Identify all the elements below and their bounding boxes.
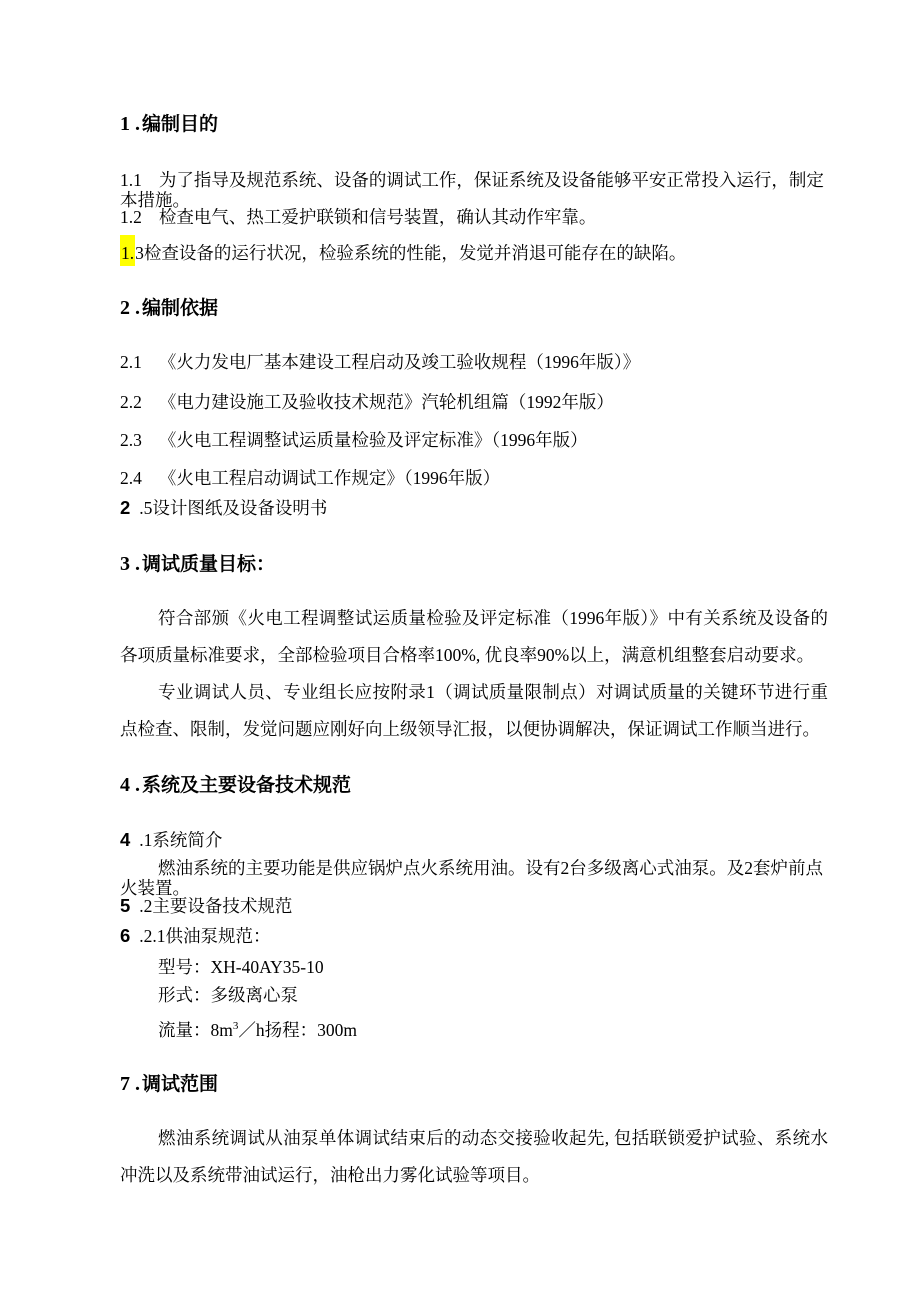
item-number: 2.4	[120, 468, 142, 488]
item-text: 《火电工程调整试运质量检验及评定标准》（1996年版）	[159, 430, 588, 450]
section-2-heading-title: 编制依据	[142, 298, 218, 319]
list-item-2-4: 2.4《火电工程启动调试工作规定》（1996年版）	[120, 468, 828, 488]
paragraph-system-intro: 燃油系统的主要功能是供应锅炉点火系统用油。设有2台多级离心式油泵。及2套炉前点火…	[120, 858, 828, 898]
item-number: 2.1	[120, 352, 142, 372]
section-3-heading: 3 .调试质量目标：	[120, 553, 828, 576]
section-3-heading-number: 3 .	[120, 553, 140, 575]
section-2-heading-number: 2 .	[120, 297, 140, 319]
spec-line-type: 形式：多级离心泵	[158, 985, 828, 1005]
item-number: 2.2	[120, 392, 142, 412]
section-7-heading-number: 7 .	[120, 1073, 140, 1095]
spec-line-flow: 流量：8m3／h扬程：300m	[158, 1020, 828, 1040]
item-text: .1系统简介	[139, 830, 222, 850]
item-text: 《火力发电厂基本建设工程启动及竣工验收规程（1996年版）》	[159, 352, 640, 372]
item-number: 1.1	[120, 170, 142, 190]
list-item-2-5: 2.5设计图纸及设备设明书	[120, 497, 828, 518]
subsection-5-2: 5.2主要设备技术规范	[120, 895, 828, 916]
section-4-heading: 4 .系统及主要设备技术规范	[120, 774, 828, 797]
paragraph-quality-control: 专业调试人员、专业组长应按附录1（调试质量限制点）对调试质量的关键环节进行重点检…	[120, 674, 828, 748]
section-7-heading-title: 调试范围	[142, 1074, 218, 1095]
section-1-heading-title: 编制目的	[142, 114, 218, 135]
item-number: 6	[120, 925, 130, 946]
list-item-2-1: 2.1《火力发电厂基本建设工程启动及竣工验收规程（1996年版）》	[120, 352, 828, 372]
item-number: 4	[120, 829, 130, 850]
document-page: 1 .编制目的 1.1为了指导及规范系统、设备的调试工作，保证系统及设备能够平安…	[0, 0, 920, 1301]
subsection-4-1: 4.1系统简介	[120, 829, 828, 850]
item-text: 《火电工程启动调试工作规定》（1996年版）	[159, 468, 500, 488]
list-item-2-2: 2.2《电力建设施工及验收技术规范》汽轮机组篇（1992年版）	[120, 392, 828, 412]
item-text: 《电力建设施工及验收技术规范》汽轮机组篇（1992年版）	[159, 392, 614, 412]
section-4-heading-title: 系统及主要设备技术规范	[142, 775, 351, 796]
item-number: 3	[135, 243, 144, 263]
section-3-heading-title: 调试质量目标：	[142, 554, 275, 575]
list-item-1-1: 1.1为了指导及规范系统、设备的调试工作，保证系统及设备能够平安正常投入运行，制…	[120, 170, 828, 210]
paragraph-debug-scope: 燃油系统调试从油泵单体调试结束后的动态交接验收起先, 包括联锁爱护试验、系统水冲…	[120, 1120, 828, 1194]
item-number: 1.2	[120, 207, 142, 227]
item-number: 5	[120, 895, 130, 916]
list-item-2-3: 2.3《火电工程调整试运质量检验及评定标准》（1996年版）	[120, 430, 828, 450]
item-text: .5设计图纸及设备设明书	[139, 498, 327, 518]
spec-flow-prefix: 流量：8m	[158, 1020, 233, 1040]
item-text: .2主要设备技术规范	[139, 896, 292, 916]
list-item-1-3: 1.3检查设备的运行状况，检验系统的性能，发觉并消退可能存在的缺陷。	[120, 243, 828, 263]
item-number: 2.3	[120, 430, 142, 450]
section-1-heading-number: 1 .	[120, 113, 140, 135]
item-text: .2.1供油泵规范：	[139, 926, 270, 946]
spec-flow-suffix: ／h扬程：300m	[238, 1020, 357, 1040]
highlight-mark: 1.	[120, 235, 135, 266]
section-4-heading-number: 4 .	[120, 774, 140, 796]
section-7-heading: 7 .调试范围	[120, 1073, 828, 1096]
section-1-heading: 1 .编制目的	[120, 113, 828, 136]
item-text: 检查电气、热工爱护联锁和信号装置，确认其动作牢靠。	[159, 207, 597, 227]
item-text: 检查设备的运行状况，检验系统的性能，发觉并消退可能存在的缺陷。	[144, 243, 687, 263]
section-2-heading: 2 .编制依据	[120, 297, 828, 320]
subsection-6-2-1: 6.2.1供油泵规范：	[120, 925, 828, 946]
item-number: 2	[120, 497, 130, 518]
spec-line-model: 型号：XH-40AY35-10	[158, 957, 828, 977]
paragraph-quality-standard: 符合部颁《火电工程调整试运质量检验及评定标准（1996年版）》中有关系统及设备的…	[120, 600, 828, 674]
list-item-1-2: 1.2检查电气、热工爱护联锁和信号装置，确认其动作牢靠。	[120, 207, 828, 227]
item-text: 为了指导及规范系统、设备的调试工作，保证系统及设备能够平安正常投入运行，制定本措…	[120, 170, 824, 210]
